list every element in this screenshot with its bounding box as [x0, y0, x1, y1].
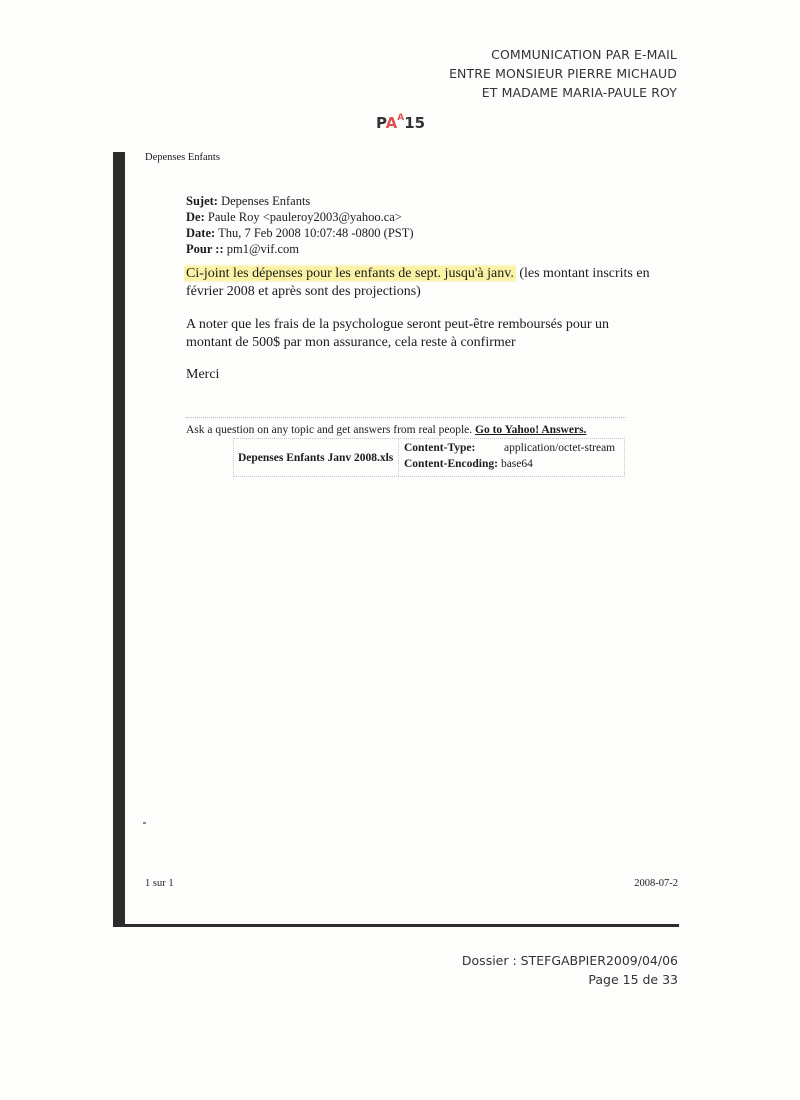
- stamp-superscript: A: [397, 113, 404, 123]
- body-paragraph-2: A noter que les frais de la psychologue …: [186, 316, 656, 352]
- header-line-1: COMMUNICATION PAR E-MAIL: [449, 45, 677, 64]
- from-row: De: Paule Roy <pauleroy2003@yahoo.ca>: [186, 209, 414, 225]
- dossier-footer: Dossier : STEFGABPIER2009/04/06 Page 15 …: [462, 951, 678, 989]
- from-value: Paule Roy <pauleroy2003@yahoo.ca>: [208, 210, 402, 224]
- promo-text: Ask a question on any topic and get answ…: [186, 424, 475, 436]
- header-line-3: ET MADAME MARIA-PAULE ROY: [449, 83, 677, 102]
- dossier-number: Dossier : STEFGABPIER2009/04/06: [462, 951, 678, 970]
- stamp-number: 15: [404, 114, 425, 132]
- attachment-divider: [398, 439, 399, 476]
- exhibit-stamp: PAA15: [376, 114, 425, 132]
- content-encoding-value: base64: [501, 458, 533, 470]
- print-page-count: 1 sur 1: [145, 878, 174, 889]
- subject-row: Sujet: Depenses Enfants: [186, 193, 414, 209]
- email-headers: Sujet: Depenses Enfants De: Paule Roy <p…: [186, 193, 414, 257]
- subject-value: Depenses Enfants: [221, 194, 310, 208]
- scan-speck: [143, 822, 146, 824]
- content-encoding-row: Content-Encoding:base64: [404, 458, 533, 470]
- header-line-2: ENTRE MONSIEUR PIERRE MICHAUD: [449, 64, 677, 83]
- body-closing: Merci: [186, 366, 656, 384]
- body-paragraph-1: Ci-joint les dépenses pour les enfants d…: [186, 265, 656, 301]
- highlighted-text: Ci-joint les dépenses pour les enfants d…: [184, 264, 516, 283]
- stamp-prefix: P: [376, 114, 386, 132]
- page-margin-bar: [113, 152, 125, 927]
- content-type-row: Content-Type:application/octet-stream: [404, 442, 615, 454]
- to-value: pm1@vif.com: [227, 242, 299, 256]
- page-number: Page 15 de 33: [462, 970, 678, 989]
- attachment-filename[interactable]: Depenses Enfants Janv 2008.xls: [238, 452, 393, 464]
- yahoo-promo: Ask a question on any topic and get answ…: [186, 424, 586, 436]
- printout-title: Depenses Enfants: [145, 152, 220, 163]
- attachment-table: Depenses Enfants Janv 2008.xls Content-T…: [233, 438, 625, 477]
- document-header: COMMUNICATION PAR E-MAIL ENTRE MONSIEUR …: [449, 45, 677, 102]
- separator: [186, 417, 626, 418]
- page-bottom-rule: [113, 924, 679, 927]
- yahoo-answers-link[interactable]: Go to Yahoo! Answers.: [475, 424, 586, 436]
- stamp-red-letter: A: [386, 114, 398, 132]
- content-type-value: application/octet-stream: [504, 442, 615, 454]
- to-row: Pour :: pm1@vif.com: [186, 241, 414, 257]
- date-row: Date: Thu, 7 Feb 2008 10:07:48 -0800 (PS…: [186, 225, 414, 241]
- date-value: Thu, 7 Feb 2008 10:07:48 -0800 (PST): [218, 226, 413, 240]
- print-date: 2008-07-2: [634, 878, 678, 889]
